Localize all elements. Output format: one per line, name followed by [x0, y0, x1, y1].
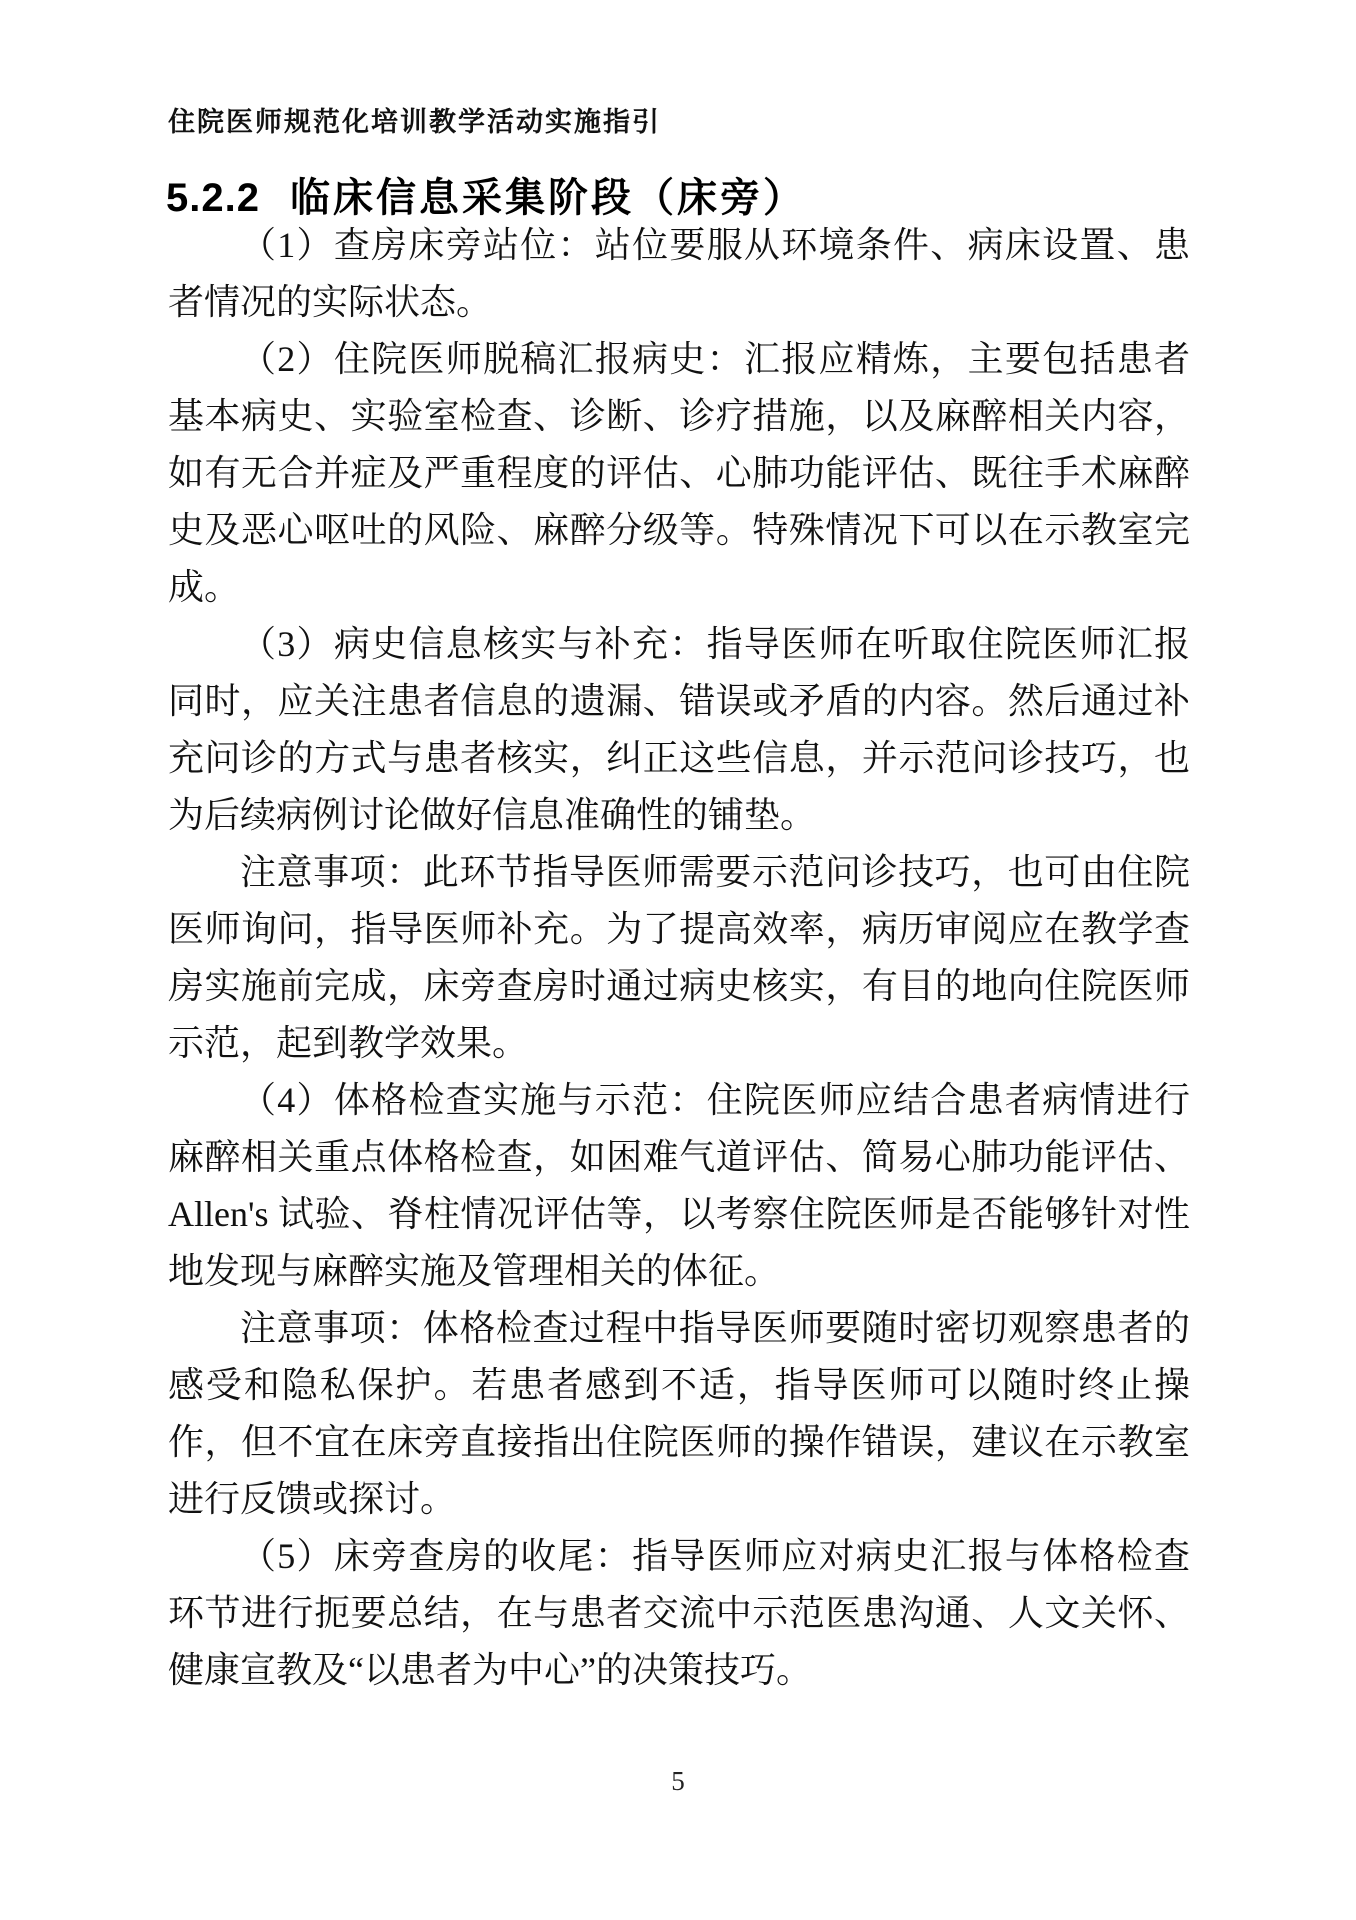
document-body: （1）查房床旁站位：站位要服从环境条件、病床设置、患者情况的实际状态。 （2）住…: [168, 217, 1190, 1699]
document-page: 住院医师规范化培训教学活动实施指引 5.2.2临床信息采集阶段（床旁） （1）查…: [0, 0, 1356, 1920]
paragraph-1: （1）查房床旁站位：站位要服从环境条件、病床设置、患者情况的实际状态。: [168, 217, 1190, 331]
paragraph-2: （2）住院医师脱稿汇报病史：汇报应精炼，主要包括患者基本病史、实验室检查、诊断、…: [168, 331, 1190, 616]
running-header: 住院医师规范化培训教学活动实施指引: [168, 100, 661, 139]
paragraph-4-note: 注意事项：此环节指导医师需要示范问诊技巧，也可由住院医师询问，指导医师补充。为了…: [168, 844, 1190, 1072]
paragraph-7: （5）床旁查房的收尾：指导医师应对病史汇报与体格检查环节进行扼要总结，在与患者交…: [168, 1528, 1190, 1699]
page-number: 5: [0, 1766, 1356, 1797]
paragraph-6-note: 注意事项：体格检查过程中指导医师要随时密切观察患者的感受和隐私保护。若患者感到不…: [168, 1300, 1190, 1528]
paragraph-3: （3）病史信息核实与补充：指导医师在听取住院医师汇报同时，应关注患者信息的遗漏、…: [168, 616, 1190, 844]
section-title: 临床信息采集阶段（床旁）: [290, 175, 806, 220]
paragraph-5: （4）体格检查实施与示范：住院医师应结合患者病情进行麻醉相关重点体格检查，如困难…: [168, 1072, 1190, 1300]
section-heading: 5.2.2临床信息采集阶段（床旁）: [166, 166, 806, 223]
section-number: 5.2.2: [166, 176, 260, 220]
